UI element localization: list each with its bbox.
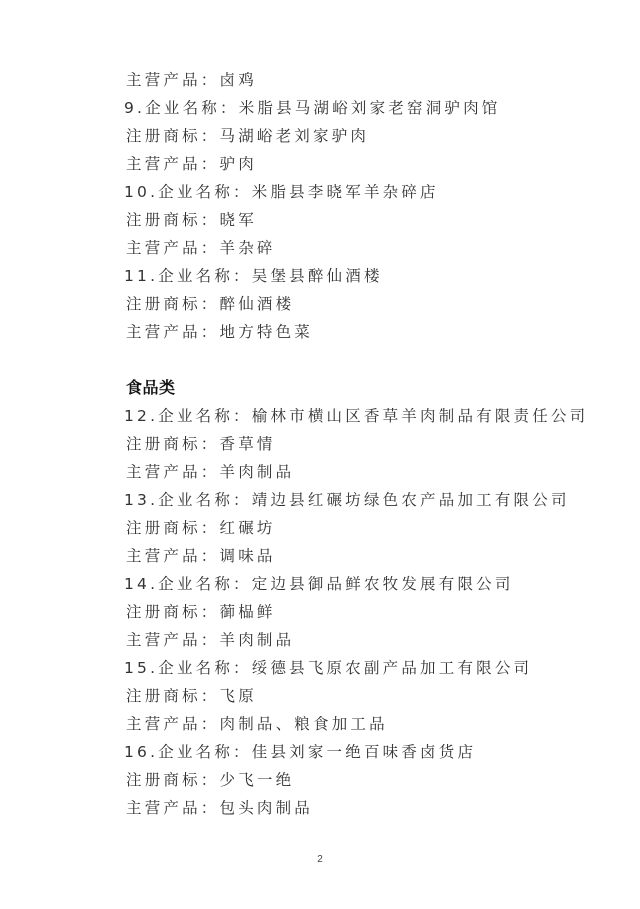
trademark-line: 注册商标：马湖峪老刘家驴肉: [126, 126, 369, 146]
company-name-line: 16.企业名称：佳县刘家一绝百味香卤货店: [124, 742, 476, 762]
product-line: 主营产品：羊杂碎: [126, 238, 276, 258]
trademark-line: 注册商标：少飞一绝: [126, 770, 294, 790]
trademark-line: 注册商标：香草情: [126, 434, 276, 454]
trademark-line: 注册商标：醉仙酒楼: [126, 294, 294, 314]
company-name-line: 9.企业名称：米脂县马湖峪刘家老窑洞驴肉馆: [124, 98, 501, 118]
product-line: 主营产品：卤鸡: [126, 70, 257, 90]
trademark-line: 注册商标：蓹榀鲜: [126, 602, 276, 622]
product-line: 主营产品：羊肉制品: [126, 462, 294, 482]
trademark-line: 注册商标：飞原: [126, 686, 257, 706]
product-line: 主营产品：肉制品、粮食加工品: [126, 714, 388, 734]
product-line: 主营产品：调味品: [126, 546, 276, 566]
page-number: 2: [0, 854, 640, 865]
product-line: 主营产品：羊肉制品: [126, 630, 294, 650]
company-name-line: 11.企业名称：吴堡县醉仙酒楼: [124, 266, 383, 286]
product-line: 主营产品：包头肉制品: [126, 798, 313, 818]
company-name-line: 10.企业名称：米脂县李晓军羊杂碎店: [124, 182, 439, 202]
product-line: 主营产品：驴肉: [126, 154, 257, 174]
product-line: 主营产品：地方特色菜: [126, 322, 313, 342]
trademark-line: 注册商标：红碾坊: [126, 518, 276, 538]
document-page: 主营产品：卤鸡 9.企业名称：米脂县马湖峪刘家老窑洞驴肉馆 注册商标：马湖峪老刘…: [0, 0, 640, 909]
company-name-line: 12.企业名称：榆林市横山区香草羊肉制品有限责任公司: [124, 406, 588, 426]
section-heading: 食品类: [126, 378, 176, 398]
trademark-line: 注册商标：晓军: [126, 210, 257, 230]
company-name-line: 14.企业名称：定边县御品鲜农牧发展有限公司: [124, 574, 514, 594]
company-name-line: 15.企业名称：绥德县飞原农副产品加工有限公司: [124, 658, 532, 678]
company-name-line: 13.企业名称：靖边县红碾坊绿色农产品加工有限公司: [124, 490, 570, 510]
